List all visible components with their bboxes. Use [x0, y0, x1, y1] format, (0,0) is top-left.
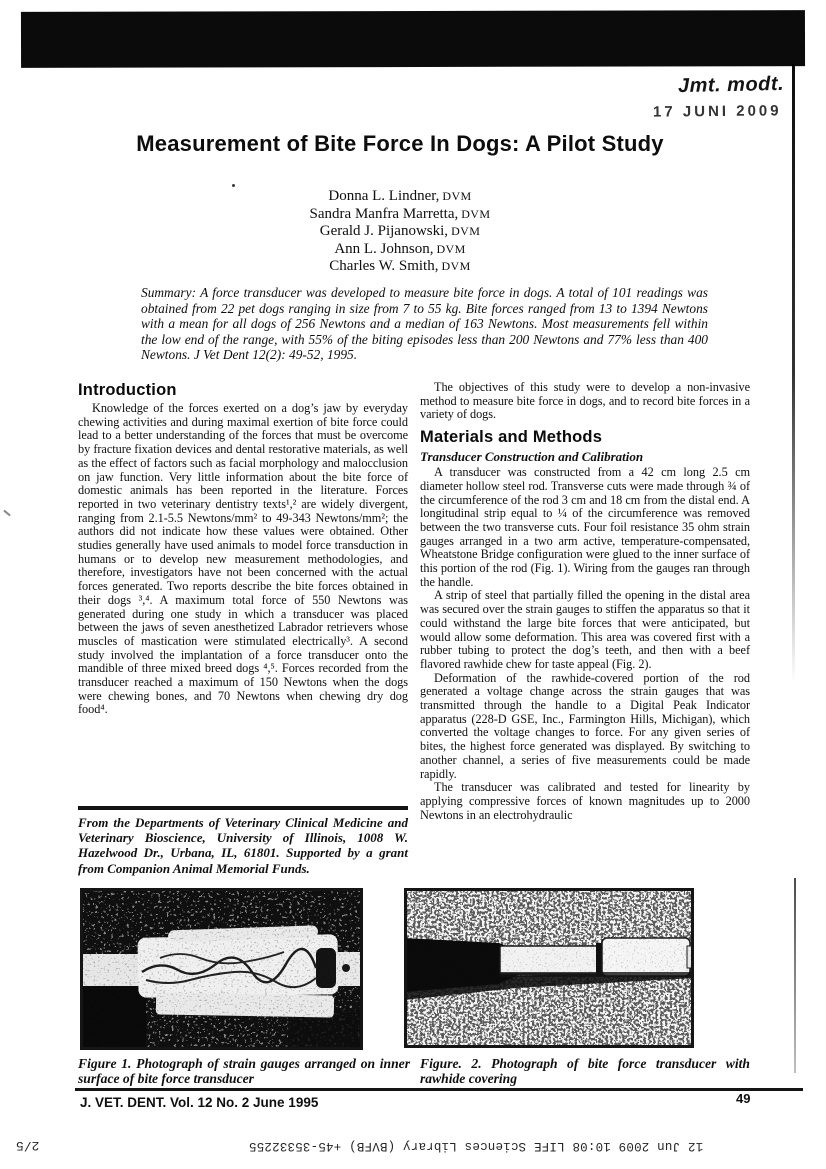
methods-paragraph-1: A transducer was constructed from a 42 c…: [420, 466, 750, 589]
scan-black-bar: [21, 10, 805, 68]
author-list: Donna L. Lindner,DVM Sandra Manfra Marre…: [0, 188, 800, 276]
author-name: Ann L. Johnson,: [334, 241, 433, 257]
author-degree: DVM: [441, 259, 470, 273]
author-degree: DVM: [436, 242, 465, 256]
article-title: Measurement of Bite Force In Dogs: A Pil…: [0, 131, 800, 157]
abstract-summary: Summary: A force transducer was develope…: [141, 285, 708, 363]
page-number: 49: [736, 1091, 750, 1106]
author-line: Charles W. Smith,DVM: [0, 258, 800, 276]
methods-paragraph-2: A strip of steel that partially filled t…: [420, 589, 750, 671]
date-stamp: 17 JUNI 2009: [653, 102, 782, 120]
footer-rule: [75, 1088, 803, 1091]
left-column: Introduction Knowledge of the forces exe…: [78, 381, 408, 717]
figure-1-caption: Figure 1. Photograph of strain gauges ar…: [78, 1056, 410, 1087]
author-degree: DVM: [451, 224, 480, 238]
figure-1-image: [80, 888, 363, 1050]
author-name: Sandra Manfra Marretta,: [310, 206, 459, 222]
fax-page-indicator: 2/5: [16, 1138, 39, 1153]
author-line: Ann L. Johnson,DVM: [0, 241, 800, 259]
introduction-paragraph: Knowledge of the forces exerted on a dog…: [78, 402, 408, 717]
author-name: Gerald J. Pijanowski,: [320, 223, 448, 239]
figure-2-image: [404, 888, 694, 1048]
materials-methods-heading: Materials and Methods: [420, 428, 750, 447]
author-name: Donna L. Lindner,: [328, 188, 439, 204]
author-name: Charles W. Smith,: [329, 258, 438, 274]
author-degree: DVM: [442, 189, 471, 203]
introduction-heading: Introduction: [78, 381, 408, 400]
transducer-subheading: Transducer Construction and Calibration: [420, 449, 750, 465]
handwritten-annotation: Jmt. modt.: [678, 73, 785, 98]
author-degree: DVM: [461, 207, 490, 221]
objectives-paragraph: The objectives of this study were to dev…: [420, 381, 750, 422]
right-column: The objectives of this study were to dev…: [420, 381, 750, 822]
journal-footer: J. VET. DENT. Vol. 12 No. 2 June 1995: [80, 1095, 318, 1110]
scan-edge-line-lower: [794, 878, 796, 1073]
scan-margin-tick: [3, 510, 10, 517]
scan-speck: [232, 184, 235, 187]
figure-2-caption: Figure. 2. Photograph of bite force tran…: [420, 1056, 750, 1087]
affiliation-footnote: From the Departments of Veterinary Clini…: [78, 806, 408, 876]
author-line: Sandra Manfra Marretta,DVM: [0, 206, 800, 224]
fax-header-upside-down: 12 Jun 2009 10:08 LIFE Sciences Library …: [247, 1139, 705, 1153]
scan-edge-line: [792, 64, 795, 684]
methods-paragraph-4: The transducer was calibrated and tested…: [420, 781, 750, 822]
author-line: Donna L. Lindner,DVM: [0, 188, 800, 206]
scanned-article-page: Jmt. modt. 17 JUNI 2009 Measurement of B…: [0, 0, 826, 1169]
methods-paragraph-3: Deformation of the rawhide-covered porti…: [420, 672, 750, 782]
author-line: Gerald J. Pijanowski,DVM: [0, 223, 800, 241]
